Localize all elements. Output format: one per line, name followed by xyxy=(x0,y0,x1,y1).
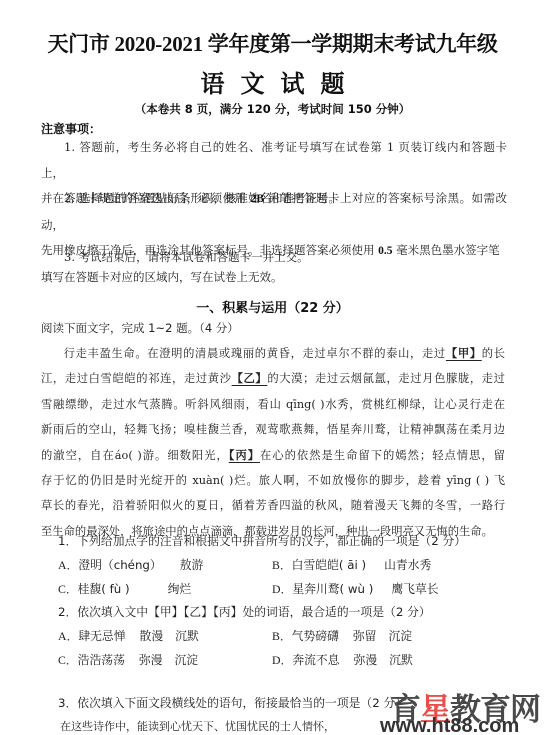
option-letter: B． xyxy=(272,558,292,572)
exam-page: 天门市 2020-2021 学年度第一学期期末考试九年级 语文试题 （本卷共 8… xyxy=(0,0,545,735)
option-letter: C． xyxy=(58,582,78,596)
question-2-stem: 2．依次填入文中【甲】【乙】【丙】处的词语，最合适的一项是（2 分） xyxy=(58,603,431,620)
option-text: 浩浩荡荡 xyxy=(78,653,125,667)
passage-text: 的大漠；走过云烟氤氲，走过月色朦胧，走过 xyxy=(267,372,505,385)
passage-line: 存于忆的仍旧是时光绽开的 xuàn( )烂。旅人啊，不如放慢你的脚步，趁着 yī… xyxy=(41,468,505,493)
option-text: 散漫 xyxy=(140,629,164,643)
option-text: 奔流不息 xyxy=(292,653,339,667)
option-text: 弥留 xyxy=(353,629,377,643)
section-heading: 一、积累与运用（22 分） xyxy=(0,297,545,316)
notice-item-1-line1: 1. 答题前，考生务必将自己的姓名、准考证号填写在试卷第 1 页装订线内和答题卡… xyxy=(41,140,507,180)
option-text: 绚烂 xyxy=(168,582,192,596)
option-letter: B． xyxy=(272,629,292,643)
passage-line: 江，走过白雪皑皑的祁连，走过黄沙【乙】的大漠；走过云烟氤氲，走过月色朦胧，走过 xyxy=(41,366,505,391)
q1-option-c: C．桂馥( fù )绚烂 xyxy=(58,580,191,597)
option-letter: D． xyxy=(272,653,292,667)
q2-option-c: C．浩浩荡荡弥漫沉淀 xyxy=(58,651,198,668)
blank-marker-jia: 【甲】 xyxy=(446,346,482,360)
passage-text: 在心的依然是生命留下的嫣然；轻点情思，留 xyxy=(260,449,505,462)
q2-option-d: D．奔流不息弥漫沉默 xyxy=(272,651,413,668)
notice-item-3-text: 3. 考试结束后，请将本试卷和答题卡一并上交。 xyxy=(64,250,309,264)
question-1-stem: 1．下列给加点字的注音和根据文中拼音所写的汉字，都正确的一项是（2 分） xyxy=(58,532,466,549)
reading-passage: 行走丰盈生命。在澄明的清晨或瑰丽的黄昏，走过卓尔不群的泰山，走过【甲】的长 江，… xyxy=(41,341,505,544)
option-text: 沉默 xyxy=(175,629,199,643)
notice-item-2-text: 2. 选择题的答案选出后，必须使用 xyxy=(64,191,251,205)
option-text: 敖游 xyxy=(180,558,204,572)
pencil-type: 2B xyxy=(251,193,264,205)
option-text: 沉淀 xyxy=(174,653,198,667)
passage-text: 雪融缥缈，走过水气蒸腾。听斜风细雨，看山 qīng( )水秀，赏桃红柳绿，让心灵… xyxy=(41,398,505,411)
watermark-char-red: 星 xyxy=(420,692,450,728)
exam-title: 天门市 2020-2021 学年度第一学期期末考试九年级 xyxy=(0,28,545,58)
passage-text: 存于忆的仍旧是时光绽开的 xuàn( )烂。旅人啊，不如放慢你的脚步，趁着 yī… xyxy=(41,474,505,487)
q1-option-b: B．白雪皑皑( āi )山青水秀 xyxy=(272,556,431,573)
option-text: 气势磅礴 xyxy=(292,629,339,643)
passage-text: 的澈空，自在áo( )游。细数阳光， xyxy=(41,449,229,462)
option-text: 山青水秀 xyxy=(384,558,431,572)
q1-option-a: A．澄明（chéng）敖游 xyxy=(58,556,203,573)
option-text: 桂馥( fù ) xyxy=(78,582,130,596)
passage-line: 新雨后的空山，轻舞飞扬；嗅桂馥兰香，观莺歌燕舞，悟星奔川鹜，让精神飘荡在柔月边 xyxy=(41,417,505,442)
q1-option-d: D．星奔川鹜( wù )鹰飞草长 xyxy=(272,580,439,597)
passage-line: 雪融缥缈，走过水气蒸腾。听斜风细雨，看山 qīng( )水秀，赏桃红柳绿，让心灵… xyxy=(41,392,505,417)
option-letter: A． xyxy=(58,629,78,643)
passage-text: 行走丰盈生命。在澄明的清晨或瑰丽的黄昏，走过卓尔不群的泰山，走过 xyxy=(63,347,446,360)
passage-line: 的澈空，自在áo( )游。细数阳光，【丙】在心的依然是生命留下的嫣然；轻点情思，… xyxy=(41,443,505,468)
option-text: 澄明（chéng） xyxy=(78,558,161,572)
passage-text: 新雨后的空山，轻舞飞扬；嗅桂馥兰香，观莺歌燕舞，悟星奔川鹜，让精神飘荡在柔月边 xyxy=(41,423,505,436)
reading-instruction: 阅读下面文字，完成 1~2 题。（4 分） xyxy=(41,320,239,336)
blank-marker-bing: 【丙】 xyxy=(229,448,260,462)
option-text: 肆无忌惮 xyxy=(78,629,125,643)
notice-item-2-text: 填写在答题卡对应的区域内，写在试卷上无效。 xyxy=(41,270,283,284)
blank-marker-yi: 【乙】 xyxy=(232,371,268,385)
option-text: 星奔川鹜( wù ) xyxy=(292,582,373,596)
watermark-char: 教育网 xyxy=(450,692,540,728)
passage-text: 草长的春光，沿着骄阳似火的夏日，循着芳香四溢的秋风，随着漫天飞舞的冬雪，一路行 xyxy=(41,499,505,512)
passage-line: 行走丰盈生命。在澄明的清晨或瑰丽的黄昏，走过卓尔不群的泰山，走过【甲】的长 xyxy=(41,341,505,366)
watermark-url: www.ht88.com xyxy=(380,715,519,735)
option-text: 弥漫 xyxy=(354,653,378,667)
question-3-stem: 3．依次填入下面文段横线处的语句，衔接最恰当的一项是（2 分） xyxy=(58,694,407,711)
option-letter: D． xyxy=(272,582,292,596)
passage-text: 的长 xyxy=(482,347,505,360)
option-text: 鹰飞草长 xyxy=(391,582,438,596)
notice-item-2: 2. 选择题的答案选出后，必须使用 2B 铅笔把答题卡上对应的答案标号涂黑。如需… xyxy=(41,186,507,290)
q2-option-b: B．气势磅礴弥留沉淀 xyxy=(272,627,412,644)
option-text: 白雪皑皑( āi ) xyxy=(292,558,366,572)
watermark-logo-text: 育星教育网 xyxy=(390,684,540,729)
notice-item-3: 3. 考试结束后，请将本试卷和答题卡一并上交。 xyxy=(41,245,507,271)
q2-option-a: A．肆无忌惮散漫沉默 xyxy=(58,627,199,644)
passage-line: 草长的春光，沿着骄阳似火的夏日，循着芳香四溢的秋风，随着漫天飞舞的冬雪，一路行 xyxy=(41,493,505,518)
option-text: 弥漫 xyxy=(139,653,163,667)
subject-title: 语文试题 xyxy=(0,64,545,99)
option-letter: C． xyxy=(58,653,78,667)
exam-info: （本卷共 8 页，满分 120 分，考试时间 150 分钟） xyxy=(0,101,545,117)
option-letter: A． xyxy=(58,558,78,572)
option-text: 沉淀 xyxy=(388,629,412,643)
question-3-text: 在这些诗作中，能读到心忧天下、忧国忧民的士人情怀， xyxy=(60,718,335,734)
passage-text: 江，走过白雪皑皑的祁连，走过黄沙 xyxy=(41,372,232,385)
option-text: 沉默 xyxy=(389,653,413,667)
